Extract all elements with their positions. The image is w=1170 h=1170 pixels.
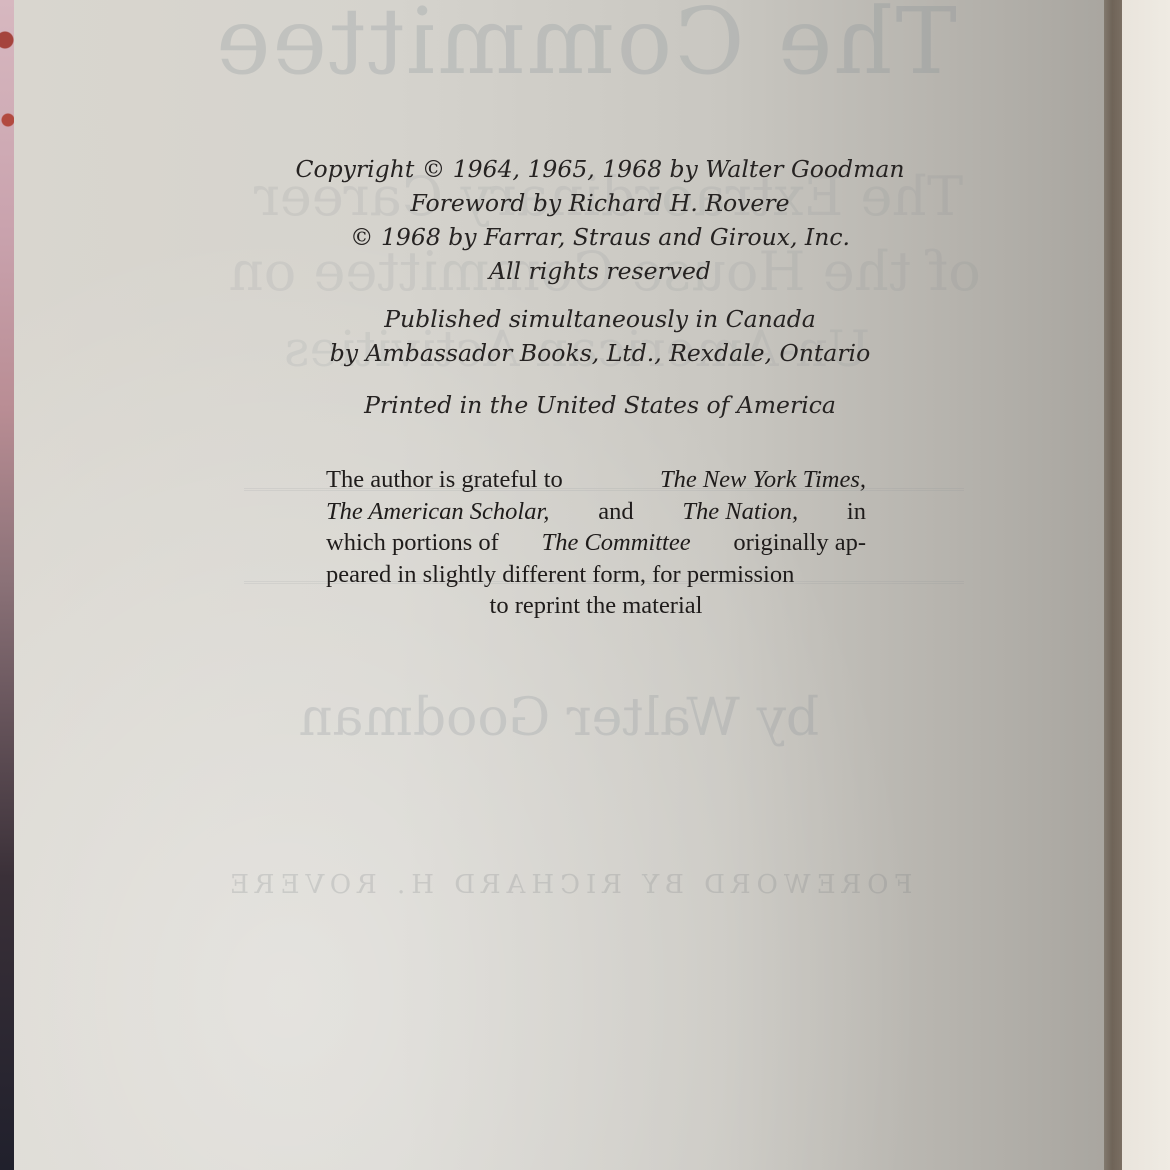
copyright-notice: Copyright © 1964, 1965, 1968 by Walter G… bbox=[290, 152, 910, 370]
ack-line-3: which portions of The Committee original… bbox=[326, 527, 866, 559]
ack-line-5: to reprint the material bbox=[326, 590, 866, 622]
show-through-title: The Committee bbox=[214, 0, 957, 95]
book-title: The Committee bbox=[542, 527, 691, 559]
foreword-credit: Foreword by Richard H. Rovere bbox=[290, 186, 910, 220]
canada-publication: Published simultaneously in Canada bbox=[290, 302, 910, 336]
publication-title: The New York Times, bbox=[660, 464, 866, 496]
printed-in: Printed in the United States of America bbox=[290, 388, 910, 422]
ack-text: which portions of bbox=[326, 527, 499, 559]
ack-text: in bbox=[847, 496, 866, 528]
acknowledgment-paragraph: The author is grateful to The New York T… bbox=[326, 464, 866, 622]
adjacent-page-edge bbox=[1120, 0, 1170, 1170]
publisher-copyright: © 1968 by Farrar, Straus and Giroux, Inc… bbox=[290, 220, 910, 254]
rights-reserved: All rights reserved bbox=[290, 254, 910, 288]
show-through-author: by Walter Goodman bbox=[299, 688, 819, 748]
ack-line-4: peared in slightly different form, for p… bbox=[326, 559, 866, 591]
canada-publisher: by Ambassador Books, Ltd., Rexdale, Onta… bbox=[290, 336, 910, 370]
publication-title: The Nation, bbox=[682, 496, 798, 528]
printed-in-line: Printed in the United States of America bbox=[290, 388, 910, 422]
ack-line-1: The author is grateful to The New York T… bbox=[326, 464, 866, 496]
ack-line-2: The American Scholar, and The Nation, in bbox=[326, 496, 866, 528]
ack-text: to reprint the material bbox=[490, 590, 703, 622]
ack-text: originally ap- bbox=[733, 527, 866, 559]
ack-text: peared in slightly different form, for p… bbox=[326, 559, 794, 591]
ack-text: The author is grateful to bbox=[326, 464, 563, 496]
ack-text: and bbox=[598, 496, 633, 528]
copyright-line: Copyright © 1964, 1965, 1968 by Walter G… bbox=[290, 152, 910, 186]
show-through-foreword: FOREWORD BY RICHARD H. ROVERE bbox=[224, 870, 913, 900]
publication-title: The American Scholar, bbox=[326, 496, 549, 528]
